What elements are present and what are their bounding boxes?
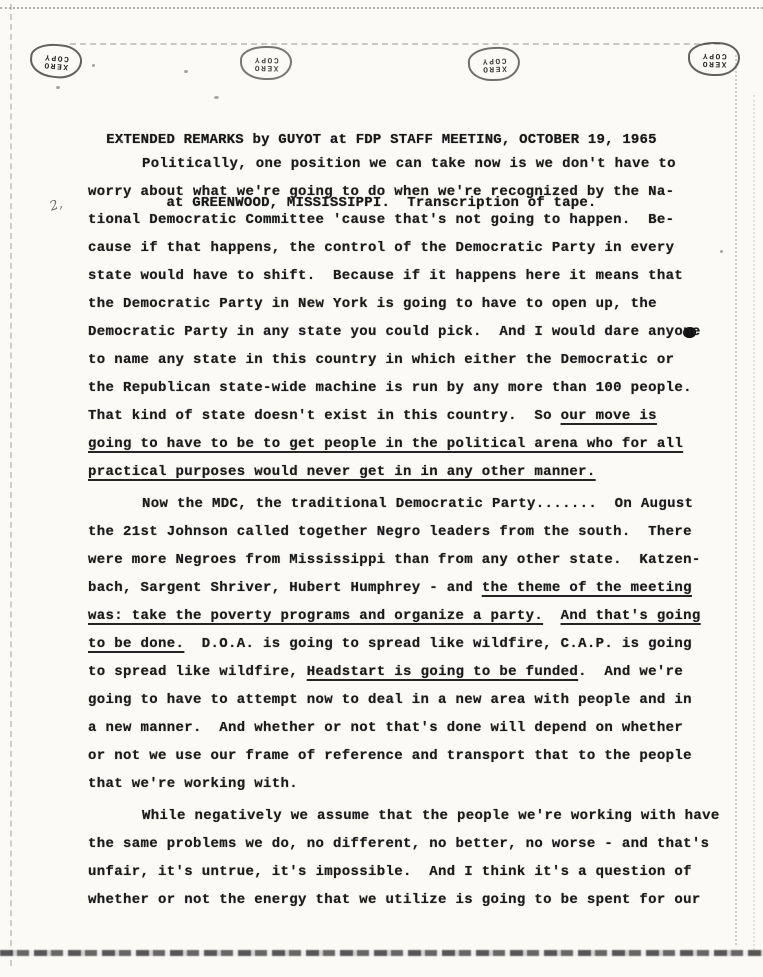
text-segment: Now the MDC, the traditional Democratic …: [142, 496, 693, 512]
text-segment: the same problems we do, no different, n…: [88, 836, 709, 852]
underlined-text-segment: to be done.: [88, 636, 184, 652]
stamp-text: COPY: [481, 55, 506, 64]
scan-speck: [92, 64, 95, 67]
text-line: cause if that happens, the control of th…: [88, 234, 736, 262]
text-line: Politically, one position we can take no…: [88, 150, 736, 178]
underlined-text-segment: going to have to be to get people in the…: [88, 436, 683, 452]
title-line-1: EXTENDED REMARKS by GUYOT at FDP STAFF M…: [0, 130, 763, 151]
text-segment: a new manner. And whether or not that's …: [88, 720, 683, 736]
text-line: the Republican state-wide machine is run…: [88, 374, 736, 402]
text-segment: [543, 608, 561, 624]
text-line: That kind of state doesn't exist in this…: [88, 402, 736, 430]
text-line: the 21st Johnson called together Negro l…: [88, 518, 736, 546]
text-segment: cause if that happens, the control of th…: [88, 240, 674, 256]
underlined-text-segment: our move is: [561, 408, 657, 424]
text-line: practical purposes would never get in in…: [88, 458, 736, 486]
scan-speck: [120, 140, 123, 143]
scan-edge-top: [0, 7, 763, 9]
underlined-text-segment: And that's going: [561, 608, 701, 624]
text-line: to be done. D.O.A. is going to spread li…: [88, 630, 736, 658]
text-segment: worry about what we're going to do when …: [88, 184, 674, 200]
text-line: Now the MDC, the traditional Democratic …: [88, 490, 736, 518]
stamp-text: COPY: [701, 50, 726, 59]
text-line: state would have to shift. Because if it…: [88, 262, 736, 290]
text-segment: were more Negroes from Mississippi than …: [88, 552, 701, 568]
xero-copy-stamp: XERO COPY: [467, 46, 520, 82]
text-line: going to have to attempt now to deal in …: [88, 686, 736, 714]
text-segment: Politically, one position we can take no…: [142, 156, 676, 172]
text-segment: to name any state in this country in whi…: [88, 352, 674, 368]
text-segment: D.O.A. is going to spread like wildfire,…: [184, 636, 692, 652]
text-line: unfair, it's untrue, it's impossible. An…: [88, 858, 736, 886]
text-segment: whether or not the energy that we utiliz…: [88, 892, 701, 908]
scan-speck: [56, 86, 60, 89]
scan-artifact-line: [70, 43, 720, 45]
text-segment: While negatively we assume that the peop…: [142, 808, 720, 824]
scan-speck: [214, 96, 219, 99]
text-segment: bach, Sargent Shriver, Hubert Humphrey -…: [88, 580, 482, 596]
text-segment: to spread like wildfire,: [88, 664, 307, 680]
text-line: worry about what we're going to do when …: [88, 178, 736, 206]
text-segment: going to have to attempt now to deal in …: [88, 692, 692, 708]
text-line: to spread like wildfire, Headstart is go…: [88, 658, 736, 686]
underlined-text-segment: Headstart is going to be funded: [307, 664, 578, 680]
text-line: the Democratic Party in New York is goin…: [88, 290, 736, 318]
document-page: XERO COPY XERO COPY XERO COPY XERO COPY …: [0, 0, 763, 977]
underlined-text-segment: was: take the poverty programs and organ…: [88, 608, 543, 624]
text-segment: That kind of state doesn't exist in this…: [88, 408, 561, 424]
text-segment: the Republican state-wide machine is run…: [88, 380, 692, 396]
text-line: bach, Sargent Shriver, Hubert Humphrey -…: [88, 574, 736, 602]
text-line: was: take the poverty programs and organ…: [88, 602, 736, 630]
text-line: were more Negroes from Mississippi than …: [88, 546, 736, 574]
underlined-text-segment: practical purposes would never get in in…: [88, 464, 596, 480]
scan-speck: [184, 70, 188, 73]
text-line: tional Democratic Committee 'cause that'…: [88, 206, 736, 234]
text-segment: Democratic Party in any state you could …: [88, 324, 701, 340]
text-segment: . And we're: [578, 664, 683, 680]
text-line: that we're working with.: [88, 770, 736, 798]
stamp-text: COPY: [253, 54, 278, 63]
text-line: whether or not the energy that we utiliz…: [88, 886, 736, 914]
text-segment: unfair, it's untrue, it's impossible. An…: [88, 864, 692, 880]
underlined-text-segment: the theme of the meeting: [482, 580, 692, 596]
text-line: a new manner. And whether or not that's …: [88, 714, 736, 742]
text-line: to name any state in this country in whi…: [88, 346, 736, 374]
text-segment: the 21st Johnson called together Negro l…: [88, 524, 692, 540]
scan-edge-bottom: [0, 950, 763, 956]
xero-copy-stamp: XERO COPY: [688, 42, 741, 77]
text-segment: tional Democratic Committee 'cause that'…: [88, 212, 674, 228]
text-line: While negatively we assume that the peop…: [88, 802, 736, 830]
text-segment: state would have to shift. Because if it…: [88, 268, 683, 284]
text-line: Democratic Party in any state you could …: [88, 318, 736, 346]
text-line: the same problems we do, no different, n…: [88, 830, 736, 858]
text-segment: or not we use our frame of reference and…: [88, 748, 692, 764]
xero-copy-stamp: XERO COPY: [29, 42, 84, 80]
stamp-text: COPY: [43, 51, 69, 62]
xero-copy-stamp: XERO COPY: [240, 46, 293, 81]
document-body: Politically, one position we can take no…: [88, 150, 736, 914]
text-line: going to have to be to get people in the…: [88, 430, 736, 458]
text-segment: the Democratic Party in New York is goin…: [88, 296, 657, 312]
text-line: or not we use our frame of reference and…: [88, 742, 736, 770]
text-segment: that we're working with.: [88, 776, 298, 792]
